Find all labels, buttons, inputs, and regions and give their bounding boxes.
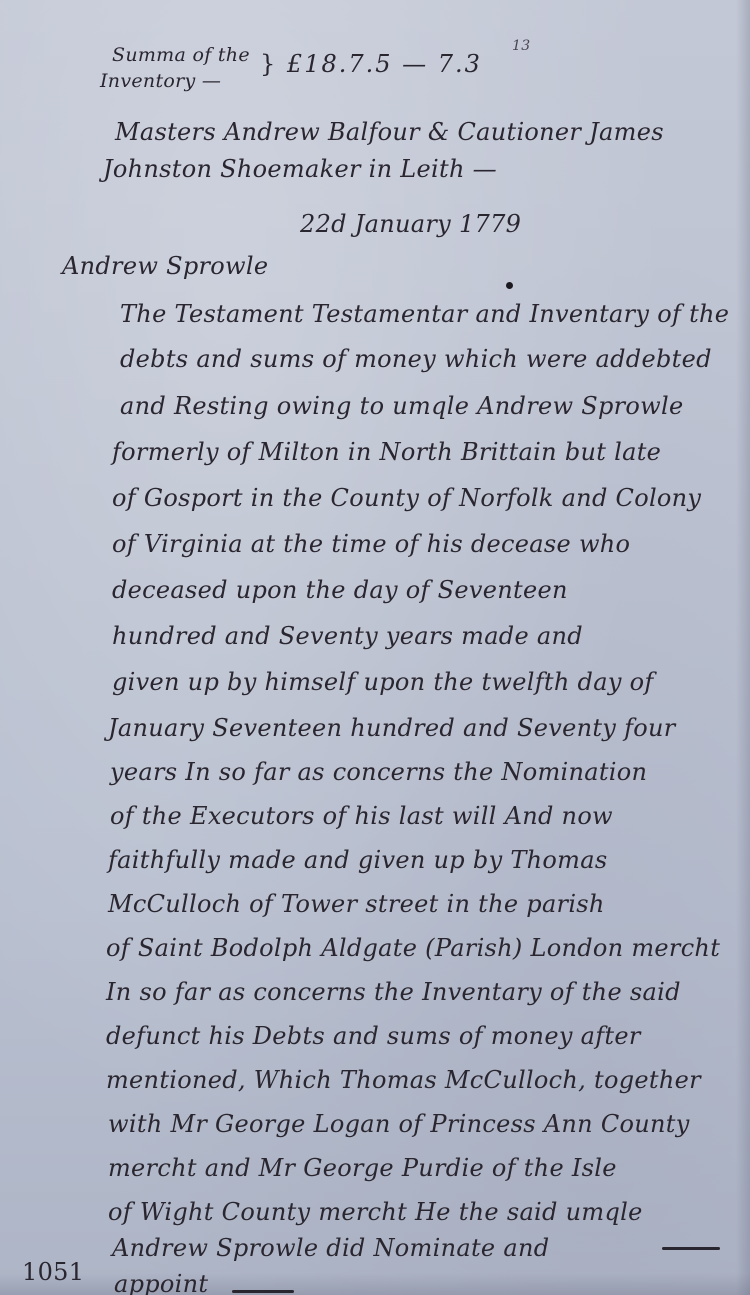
summa-label-line1: Summa of the: [112, 44, 250, 66]
body-line: with Mr George Logan of Princess Ann Cou…: [108, 1110, 690, 1138]
document-page: Summa of the Inventory — } £18.7.5 — 7.3…: [0, 0, 750, 1295]
body-line: mentioned, Which Thomas McCulloch, toget…: [106, 1066, 701, 1094]
masters-line2: Johnston Shoemaker in Leith —: [103, 155, 497, 183]
body-line: January Seventeen hundred and Seventy fo…: [108, 714, 676, 742]
ink-blot: [506, 282, 513, 289]
body-line: formerly of Milton in North Brittain but…: [112, 438, 661, 466]
summa-amount-value: £18.7.5 — 7.3: [287, 50, 482, 78]
margin-name: Andrew Sprowle: [62, 252, 268, 280]
body-line: and Resting owing to umqle Andrew Sprowl…: [120, 392, 684, 420]
summa-amount: } £18.7.5 — 7.3: [260, 50, 482, 78]
body-line: appoint: [114, 1270, 208, 1295]
line-filler-dash: [232, 1290, 294, 1293]
document-date: 22d January 1779: [300, 210, 521, 238]
body-line: of Saint Bodolph Aldgate (Parish) London…: [106, 934, 720, 962]
body-line: defunct his Debts and sums of money afte…: [106, 1022, 641, 1050]
body-line: of Virginia at the time of his decease w…: [112, 530, 630, 558]
summa-label-line2: Inventory —: [100, 70, 221, 92]
page-edge-shadow-bottom: [0, 1273, 750, 1295]
body-line: given up by himself upon the twelfth day…: [112, 668, 654, 696]
brace-glyph: }: [260, 50, 277, 78]
body-line: of Wight County mercht He the said umqle: [108, 1198, 643, 1226]
page-edge-shadow: [736, 0, 750, 1295]
body-line: debts and sums of money which were addeb…: [120, 345, 712, 373]
body-line: faithfully made and given up by Thomas: [108, 846, 607, 874]
body-line: hundred and Seventy years made and: [112, 622, 583, 650]
body-line: deceased upon the day of Seventeen: [112, 576, 568, 604]
body-line: The Testament Testamentar and Inventary …: [120, 300, 729, 328]
page-number: 1051: [22, 1258, 84, 1286]
body-line: of Gosport in the County of Norfolk and …: [112, 484, 701, 512]
body-line: years In so far as concerns the Nominati…: [110, 758, 647, 786]
summa-superscript: 13: [512, 38, 530, 54]
body-line: McCulloch of Tower street in the parish: [108, 890, 605, 918]
body-line: In so far as concerns the Inventary of t…: [106, 978, 681, 1006]
body-line: mercht and Mr George Purdie of the Isle: [108, 1154, 617, 1182]
masters-line1: Masters Andrew Balfour & Cautioner James: [115, 118, 664, 146]
body-line: Andrew Sprowle did Nominate and: [112, 1234, 549, 1262]
line-filler-dash: [662, 1247, 720, 1250]
body-line: of the Executors of his last will And no…: [110, 802, 613, 830]
